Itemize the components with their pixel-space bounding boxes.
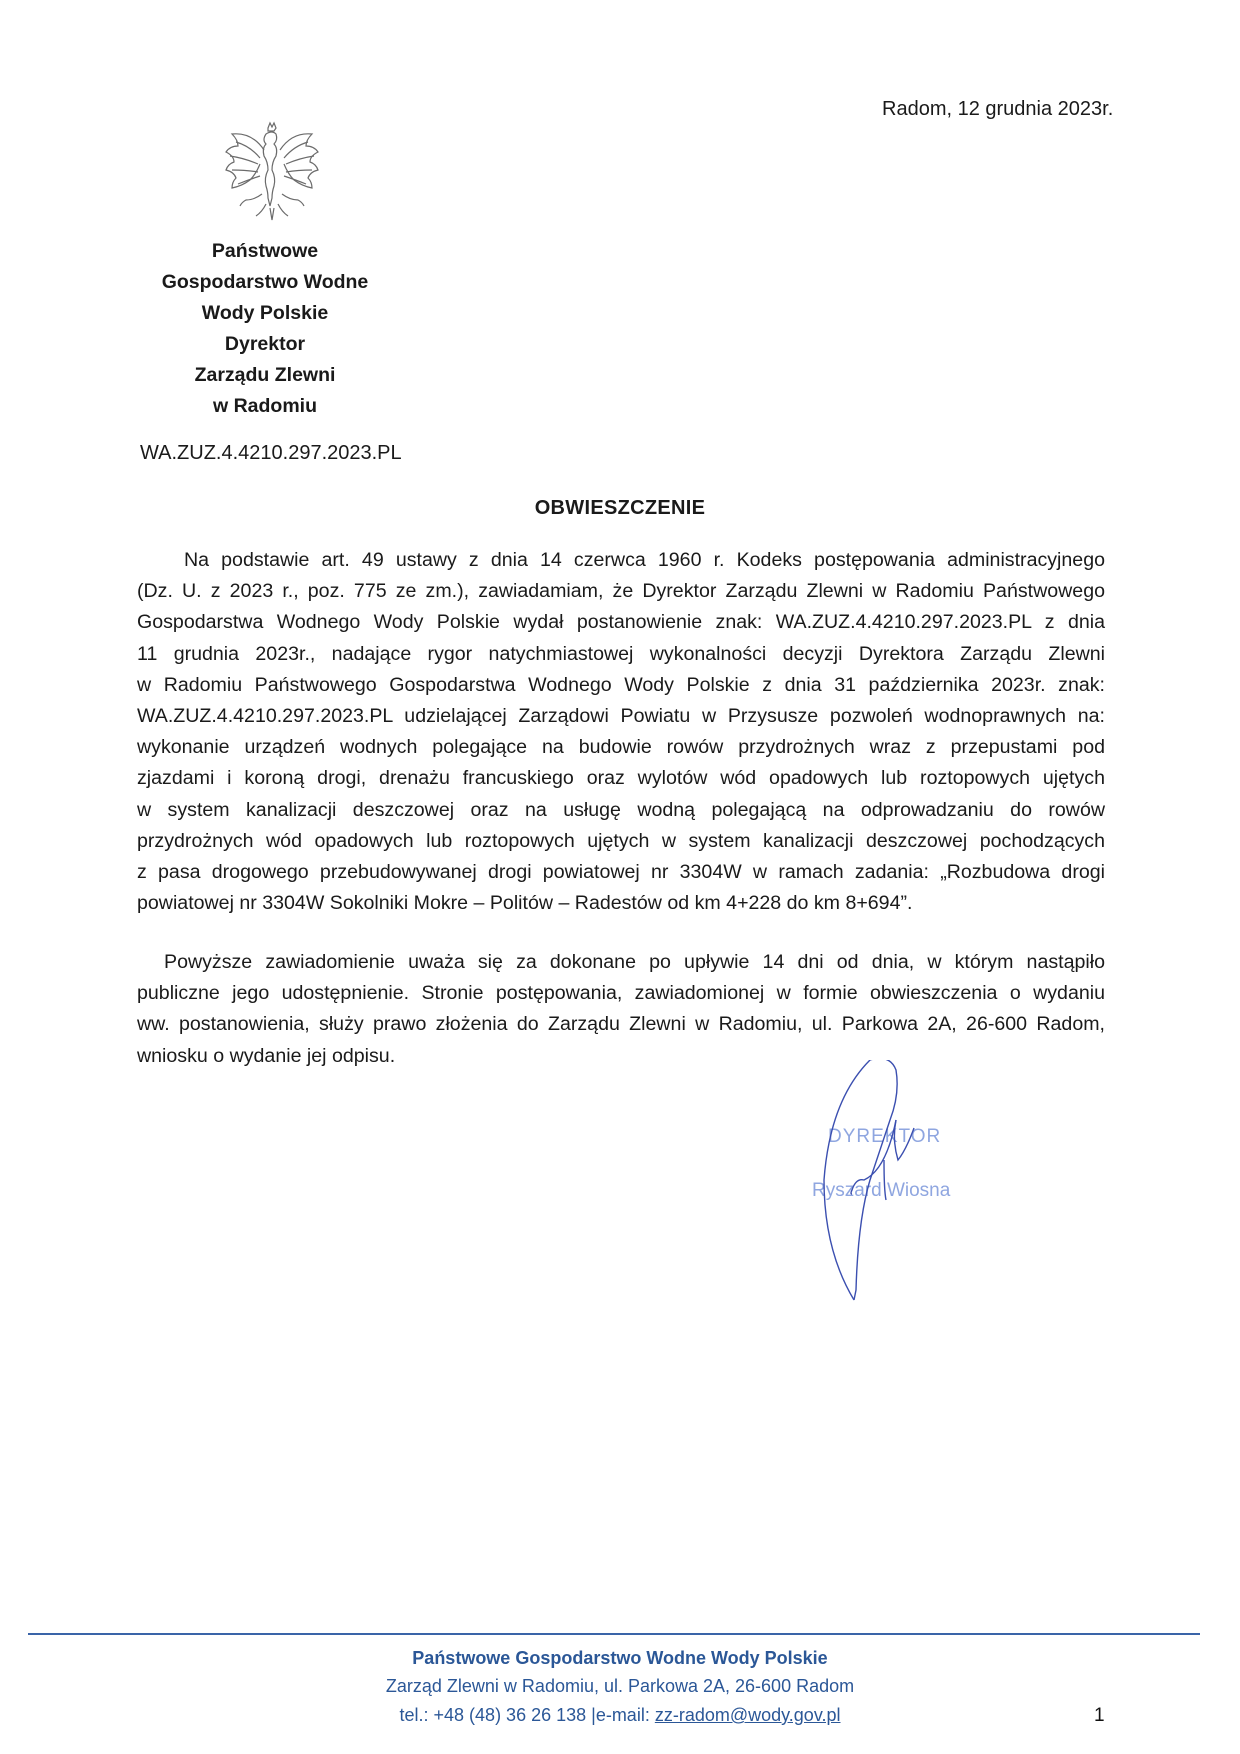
- text-line: publiczne jego udostępnienie. Stronie po…: [137, 978, 1105, 1009]
- issuing-authority: Państwowe Gospodarstwo Wodne Wody Polski…: [140, 236, 390, 422]
- footer-contact: tel.: +48 (48) 36 26 138 |e-mail: zz-rad…: [0, 1705, 1240, 1726]
- footer-email-link[interactable]: zz-radom@wody.gov.pl: [655, 1705, 841, 1725]
- text-line: zjazdami i koroną drogi, drenażu francus…: [137, 763, 1105, 794]
- footer-organization: Państwowe Gospodarstwo Wodne Wody Polski…: [0, 1648, 1240, 1669]
- text-line: 11 grudnia 2023r., nadające rygor natych…: [137, 639, 1105, 670]
- footer-divider: [28, 1633, 1200, 1635]
- text-line: ww. postanowienia, służy prawo złożenia …: [137, 1009, 1105, 1040]
- text-line: w Radomiu Państwowego Gospodarstwa Wodne…: [137, 670, 1105, 701]
- authority-line: w Radomiu: [140, 391, 390, 422]
- footer-address: Zarząd Zlewni w Radomiu, ul. Parkowa 2A,…: [0, 1676, 1240, 1697]
- paragraph-notice: Na podstawie art. 49 ustawy z dnia 14 cz…: [137, 545, 1105, 919]
- authority-line: Gospodarstwo Wodne: [140, 267, 390, 298]
- stamp-name: Ryszard Wiosna: [812, 1180, 951, 1201]
- text-line: powiatowej nr 3304W Sokolniki Mokre – Po…: [137, 888, 1105, 919]
- text-line: Na podstawie art. 49 ustawy z dnia 14 cz…: [137, 545, 1105, 576]
- paragraph-effect: Powyższe zawiadomienie uważa się za doko…: [137, 947, 1105, 1072]
- polish-eagle-emblem-icon: [222, 120, 322, 224]
- text-line: wykonanie urządzeń wodnych polegające na…: [137, 732, 1105, 763]
- authority-line: Zarządu Zlewni: [140, 360, 390, 391]
- authority-line: Dyrektor: [140, 329, 390, 360]
- text-line: (Dz. U. z 2023 r., poz. 775 ze zm.), zaw…: [137, 576, 1105, 607]
- text-line: z pasa drogowego przebudowywanej drogi p…: [137, 857, 1105, 888]
- signature-stamp: DYREKTOR Ryszard Wiosna: [800, 1060, 980, 1310]
- text-line: w system kanalizacji deszczowej oraz na …: [137, 795, 1105, 826]
- text-line: WA.ZUZ.4.4210.297.2023.PL udzielającej Z…: [137, 701, 1105, 732]
- text-line: Gospodarstwa Wodnego Wody Polskie wydał …: [137, 607, 1105, 638]
- reference-number: WA.ZUZ.4.4210.297.2023.PL: [140, 442, 402, 465]
- authority-line: Wody Polskie: [140, 298, 390, 329]
- authority-line: Państwowe: [140, 236, 390, 267]
- footer-phone: tel.: +48 (48) 36 26 138 |e-mail:: [400, 1705, 655, 1725]
- page-number: 1: [1094, 1705, 1105, 1727]
- document-date: Radom, 12 grudnia 2023r.: [882, 98, 1113, 121]
- text-line: Powyższe zawiadomienie uważa się za doko…: [137, 947, 1105, 978]
- document-title: OBWIESZCZENIE: [0, 497, 1240, 520]
- handwritten-signature-icon: DYREKTOR Ryszard Wiosna: [800, 1060, 980, 1310]
- text-line: przydrożnych wód opadowych lub roztopowy…: [137, 826, 1105, 857]
